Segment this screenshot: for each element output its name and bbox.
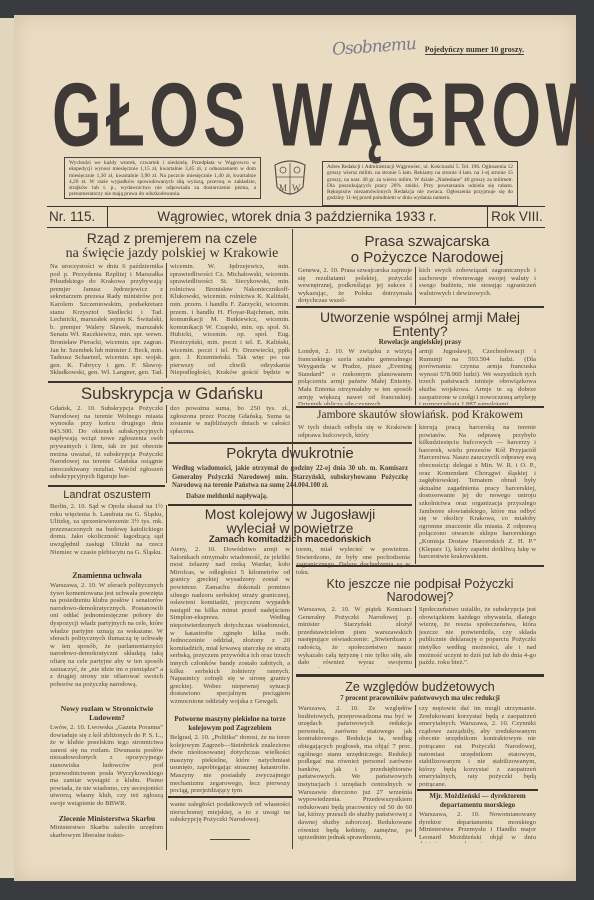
article-separator — [48, 485, 165, 487]
headline: Pokryta dwukrotnie — [168, 446, 412, 462]
article-column: kich swych zobowiązań zagranicznych i za… — [419, 267, 536, 305]
article-column: Warszawa, 2. 10. Ze względów budżetowych… — [298, 705, 412, 843]
article-column: kierują pracą harcerską na terenie powia… — [419, 424, 536, 564]
article-separator — [296, 674, 544, 677]
article-separator — [48, 381, 292, 383]
headline: Most kolejowy w Jugosławji — [168, 507, 412, 521]
headline: Znamienna uchwała — [50, 571, 164, 580]
article-separator — [296, 406, 544, 408]
newspaper-page: Osobnemu Pojedyńczy numer 10 groszy. GŁO… — [14, 15, 576, 881]
headline: wyleciał w powietrze — [168, 521, 412, 535]
subheadline: na święcie jazdy polskiej w Krakowie — [52, 246, 292, 261]
handwritten-note: Osobnemu — [331, 34, 416, 60]
end-mark — [210, 839, 250, 840]
headline: Ze względów budżetowych — [296, 681, 544, 694]
article-separator — [296, 306, 544, 308]
headline: Prasa szwajcarska — [296, 234, 558, 249]
article-column: Na uroczystości w dniu 6 października po… — [50, 263, 163, 378]
article-body: Warszawa, 2. 10. W sferach politycznych … — [50, 582, 163, 699]
subheadline: 7 procent pracowników państwowych ma ule… — [296, 695, 544, 703]
price-notice: Pojedyńczy numer 10 groszy. — [425, 45, 524, 55]
article-column: dzo poważna suma, bo 250 tys. zł., zgłos… — [170, 405, 290, 437]
article-separator — [168, 796, 292, 798]
year-label: Rok VIII. — [487, 207, 546, 227]
headline: Subskrypcja w Gdańsku — [52, 385, 292, 403]
article-column: armji Jugosławji, Czechosłowacji i Rumun… — [419, 348, 536, 405]
article-column: Londyn, 2. 10. W związku z wizytą francu… — [298, 348, 412, 405]
article-column: W tych dniach odbyła się w Krakowie odpr… — [298, 424, 412, 444]
column-rule — [415, 348, 416, 405]
headline: Landrat oszustem — [50, 489, 164, 501]
article-column: Społeczeństwo ustaliło, że subskrypcja j… — [419, 606, 536, 668]
coat-of-arms-icon: M W — [269, 157, 311, 201]
article-column: wicemin. W. Jędrzejewicz, min. sprawiedl… — [170, 263, 290, 378]
article-body: Warszawa, 2. 10. Nowomianowany dyrektor … — [419, 811, 536, 843]
headline: Nowy rozłam w Stronnictwie — [50, 704, 164, 713]
column-rule — [166, 263, 167, 378]
article-column: torem, miał wylecieć w powietrze. Stwier… — [296, 546, 410, 578]
article-separator — [417, 789, 538, 791]
article-body: Według wiadomości, jakie otrzymał do god… — [172, 465, 408, 491]
article-body: Belgrad, 2. 10. „Politika” donosi, że na… — [170, 734, 290, 794]
article-body: Ministerstwo Skarbu zaleciło urzędom ska… — [50, 824, 163, 840]
subscription-info-box: Wychodzi we każdy wtorek, czwartek i nie… — [64, 157, 261, 199]
article-column: czy mężowie dać im mogli utrzymanie. Zre… — [419, 705, 536, 787]
editorial-info-box: Adres Redakcji i Administracji Wągrowiec… — [322, 161, 518, 206]
issue-number: Nr. 115. — [47, 207, 108, 227]
headline: departamentu morskiego — [417, 801, 538, 810]
column-rule — [415, 606, 416, 668]
article-separator — [296, 565, 544, 567]
headline: Zlecenie Ministerstwa Skarbu — [50, 814, 164, 823]
article-body: Lwów, 2. 10. Lwowska „Gazeta Poranna” do… — [50, 724, 163, 809]
previous-page-edge — [0, 18, 15, 878]
headline: o Pożyczce Narodowej — [296, 250, 558, 265]
headline: Narodowej? — [296, 591, 544, 604]
svg-text:W: W — [292, 183, 301, 193]
headline: Ententy? — [296, 324, 544, 338]
article-column: Warszawa, 2. 10. W piątek Komisarz Gener… — [298, 606, 412, 668]
column-rule — [166, 405, 167, 483]
column-rule — [415, 424, 416, 564]
article-continuation: wanie zaległości podatkowych od własnośc… — [170, 801, 290, 833]
article-column: Gdańsk, 2. 10. Subskrypcja Pożyczki Naro… — [50, 405, 163, 483]
headline: Rząd z premjerem na czele — [52, 231, 292, 246]
column-rule — [415, 267, 416, 305]
article-footer: Dalsze meldunki napływają. — [186, 493, 386, 502]
article-column: Genewa, 2. 10. Prasa szwajcarska zajmuje… — [298, 267, 412, 305]
masthead-title: GŁOS WĄGROWIECKI — [52, 73, 415, 157]
headline: Jambore skautów słowiańsk. pod Krakowem — [296, 409, 544, 422]
subheadline: Zamach komitadżich macedońskich — [168, 535, 412, 545]
article-body: Berlin, 2. 10. Sąd w Opolu skazał na 1½ … — [50, 503, 163, 561]
article-column: Ateny, 2. 10. Dowództwo armji w Salonika… — [170, 546, 290, 712]
headline: Ludowem? — [50, 713, 164, 722]
headline: Potworne maszyny piekielne na torze kole… — [170, 715, 290, 732]
svg-text:M: M — [279, 183, 287, 193]
place-date: Wągrowiec, wtorek dnia 3 października 19… — [107, 207, 487, 227]
column-rule — [166, 505, 167, 850]
headline: Utworzenie wspólnej armji Małej — [296, 310, 544, 324]
subheadline: Rewelacje angielskiej prasy — [296, 338, 544, 346]
dateline-bar: Nr. 115. Wągrowiec, wtorek dnia 3 paździ… — [47, 206, 545, 228]
headline: Mjr. Możdżeński — dyrektorem — [417, 792, 538, 801]
article-separator — [168, 442, 412, 444]
column-rule — [415, 705, 416, 837]
